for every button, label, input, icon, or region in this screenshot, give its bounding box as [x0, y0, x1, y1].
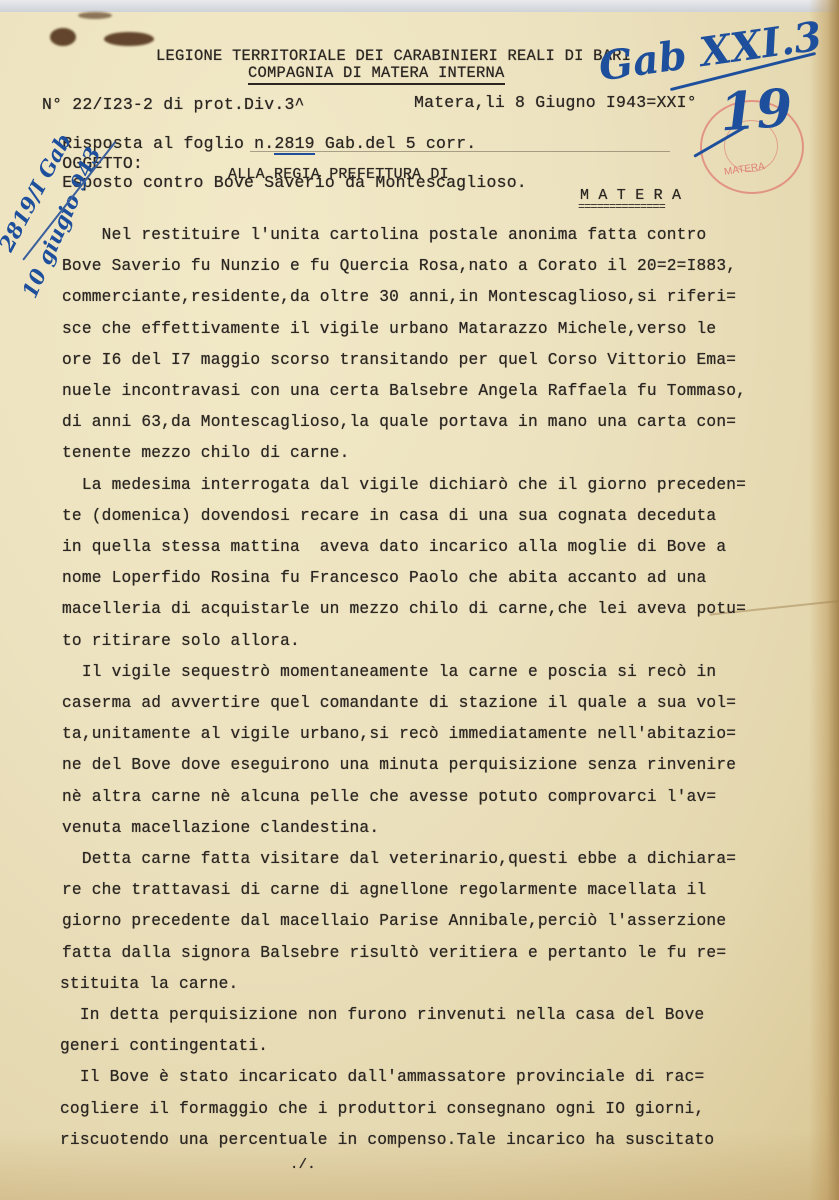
body-line: Nel restituire l'unita cartolina postale…: [62, 226, 706, 244]
body-line: macelleria di acquistarle un mezzo chilo…: [62, 600, 746, 618]
body-line: tenente mezzo chilo di carne.: [62, 444, 350, 462]
stamp-text: MATERA: [723, 161, 765, 178]
body-line: La medesima interrogata dal vigile dichi…: [62, 476, 746, 494]
ink-stain: [104, 32, 154, 46]
body-line: Il Bove è stato incaricato dall'ammassat…: [60, 1068, 704, 1086]
body-line: giorno precedente dal macellaio Parise A…: [62, 912, 726, 930]
body-line: sce che effettivamente il vigile urbano …: [62, 320, 716, 338]
body-line: commerciante,residente,da oltre 30 anni,…: [62, 288, 736, 306]
body-line: fatta dalla signora Balsebre risultò ver…: [62, 944, 726, 962]
pencil-underline: [250, 151, 670, 152]
continuation-mark: ./.: [290, 1157, 316, 1173]
body-line: ne del Bove dove eseguirono una minuta p…: [62, 756, 736, 774]
body-line: stituita la carne.: [60, 975, 238, 993]
body-line: re che trattavasi di carne di agnellone …: [62, 881, 706, 899]
body-line: In detta perquisizione non furono rinven…: [60, 1006, 704, 1024]
header-line-2: COMPAGNIA DI MATERA INTERNA: [248, 64, 505, 85]
body-line: Il vigile sequestrò momentaneamente la c…: [62, 663, 716, 681]
body-line: cogliere il formaggio che i produttori c…: [60, 1100, 704, 1118]
body-line: Bove Saverio fu Nunzio e fu Quercia Rosa…: [62, 257, 736, 275]
header-line-1: LEGIONE TERRITORIALE DEI CARABINIERI REA…: [156, 47, 631, 65]
ink-stain: [78, 12, 112, 19]
recipient-line-1: ALLA REGIA PREFETTURA DI: [228, 166, 449, 183]
scanner-top-edge: [0, 0, 839, 12]
subject-line: OGGETTO: Esposto contro Bove Saverio da …: [42, 135, 527, 192]
ink-stain: [50, 28, 76, 46]
body-line: nome Loperfido Rosina fu Francesco Paolo…: [62, 569, 706, 587]
body-line: ta,unitamente al vigile urbano,si recò i…: [62, 725, 736, 743]
body-line: to ritirare solo allora.: [62, 632, 300, 650]
body-line: di anni 63,da Montescaglioso,la quale po…: [62, 413, 736, 431]
body-line: generi contingentati.: [60, 1037, 268, 1055]
body-line: caserma ad avvertire quel comandante di …: [62, 694, 736, 712]
body-line: ore I6 del I7 maggio scorso transitando …: [62, 351, 736, 369]
place-date: Matera,li 8 Giugno I943=XXI°: [414, 93, 697, 112]
protocol-number: N° 22/I23-2 di prot.Div.3^: [42, 95, 305, 114]
body-line: venuta macellazione clandestina.: [62, 819, 379, 837]
body-line: in quella stessa mattina aveva dato inca…: [62, 538, 726, 556]
recipient-underline: ==============: [578, 200, 665, 214]
body-line: riscuotendo una percentuale in compenso.…: [60, 1131, 714, 1149]
body-line: nè altra carne nè alcuna pelle che avess…: [62, 788, 716, 806]
body-line: te (domenica) dovendosi recare in casa d…: [62, 507, 716, 525]
body-line: nuele incontravasi con una certa Balsebr…: [62, 382, 746, 400]
body-line: Detta carne fatta visitare dal veterinar…: [62, 850, 736, 868]
